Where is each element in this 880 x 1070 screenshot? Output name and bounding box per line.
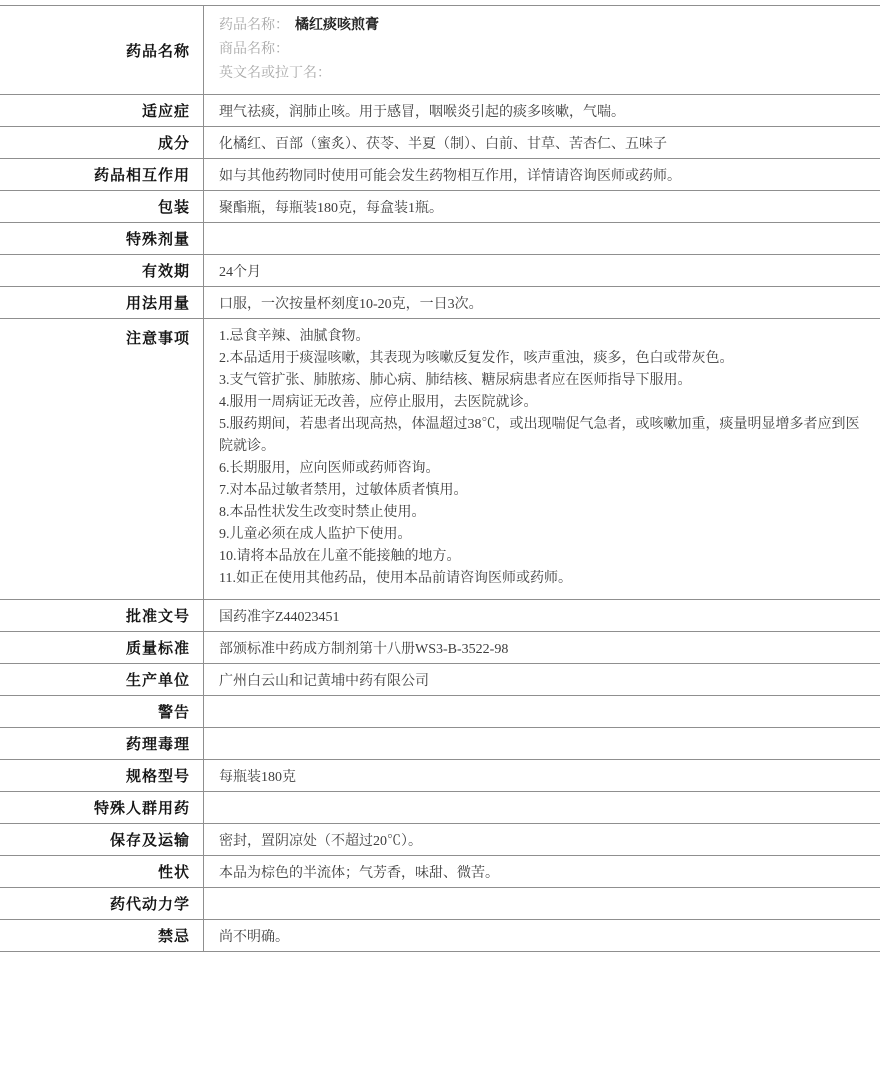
row-label-text: 批准文号 [126, 605, 190, 626]
table-row-ingredients: 成分 化橘红、百部（蜜炙）、茯苓、半夏（制）、白前、甘草、苦杏仁、五味子 [0, 127, 880, 159]
row-label: 药代动力学 [0, 888, 203, 919]
row-value: 化橘红、百部（蜜炙）、茯苓、半夏（制）、白前、甘草、苦杏仁、五味子 [203, 127, 880, 158]
row-value-text: 广州白云山和记黄埔中药有限公司 [219, 670, 870, 690]
row-value-text: 密封，置阴凉处（不超过20℃）。 [219, 830, 870, 850]
row-value: 国药准字Z44023451 [203, 600, 880, 631]
table-row-interactions: 药品相互作用 如与其他药物同时使用可能会发生药物相互作用，详情请咨询医师或药师。 [0, 159, 880, 191]
precaution-item: 8.本品性状发生改变时禁止使用。 [219, 502, 870, 524]
table-row-contraindications: 禁忌 尚不明确。 [0, 920, 880, 952]
row-value-text: 化橘红、百部（蜜炙）、茯苓、半夏（制）、白前、甘草、苦杏仁、五味子 [219, 133, 870, 153]
row-label: 药品名称 [0, 6, 203, 94]
precaution-item: 5.服药期间，若患者出现高热，体温超过38℃，或出现喘促气急者，或咳嗽加重，痰量… [219, 414, 870, 458]
row-value: 药品名称：橘红痰咳煎膏 商品名称： 英文名或拉丁名： [203, 6, 880, 94]
row-value: 聚酯瓶，每瓶装180克，每盒装1瓶。 [203, 191, 880, 222]
table-row-drug-name: 药品名称 药品名称：橘红痰咳煎膏 商品名称： 英文名或拉丁名： [0, 6, 880, 95]
row-label-text: 有效期 [142, 260, 190, 281]
row-label: 用法用量 [0, 287, 203, 318]
table-row-specification: 规格型号 每瓶装180克 [0, 760, 880, 792]
row-label-text: 成分 [158, 132, 190, 153]
row-value-text: 如与其他药物同时使用可能会发生药物相互作用，详情请咨询医师或药师。 [219, 165, 870, 185]
precaution-item: 9.儿童必须在成人监护下使用。 [219, 524, 870, 546]
row-value: 广州白云山和记黄埔中药有限公司 [203, 664, 880, 695]
row-label-text: 适应症 [142, 100, 190, 121]
row-value: 24个月 [203, 255, 880, 286]
field-line-english-name: 英文名或拉丁名： [219, 62, 870, 86]
row-label: 特殊人群用药 [0, 792, 203, 823]
row-label: 禁忌 [0, 920, 203, 951]
row-label: 性状 [0, 856, 203, 887]
row-label: 生产单位 [0, 664, 203, 695]
row-value: 每瓶装180克 [203, 760, 880, 791]
row-label: 药品相互作用 [0, 159, 203, 190]
row-value [203, 728, 880, 759]
table-row-warning: 警告 [0, 696, 880, 728]
row-value-text: 尚不明确。 [219, 926, 870, 946]
row-label-text: 特殊人群用药 [94, 797, 190, 818]
row-value [203, 888, 880, 919]
precaution-item: 10.请将本品放在儿童不能接触的地方。 [219, 546, 870, 568]
table-row-quality-standard: 质量标准 部颁标准中药成方制剂第十八册WS3-B-3522-98 [0, 632, 880, 664]
field-key: 药品名称： [219, 18, 289, 33]
row-label-text: 药代动力学 [110, 893, 190, 914]
precaution-item: 1.忌食辛辣、油腻食物。 [219, 326, 870, 348]
row-value-text: 口服，一次按量杯刻度10-20克，一日3次。 [219, 293, 870, 313]
table-row-special-populations: 特殊人群用药 [0, 792, 880, 824]
precaution-item: 3.支气管扩张、肺脓疡、肺心病、肺结核、糖尿病患者应在医师指导下服用。 [219, 370, 870, 392]
precaution-item: 11.如正在使用其他药品，使用本品前请咨询医师或药师。 [219, 568, 870, 590]
row-value-text: 国药准字Z44023451 [219, 606, 870, 626]
field-key: 英文名或拉丁名： [219, 66, 331, 81]
row-value: 尚不明确。 [203, 920, 880, 951]
table-row-special-dosage: 特殊剂量 [0, 223, 880, 255]
precaution-item: 4.服用一周病证无改善，应停止服用，去医院就诊。 [219, 392, 870, 414]
row-label-text: 保存及运输 [110, 829, 190, 850]
row-label: 包装 [0, 191, 203, 222]
row-label: 批准文号 [0, 600, 203, 631]
field-key: 商品名称： [219, 42, 289, 57]
table-row-dosage: 用法用量 口服，一次按量杯刻度10-20克，一日3次。 [0, 287, 880, 319]
row-value [203, 696, 880, 727]
row-value: 密封，置阴凉处（不超过20℃）。 [203, 824, 880, 855]
table-row-description: 性状 本品为棕色的半流体；气芳香，味甜、微苦。 [0, 856, 880, 888]
row-label-text: 药理毒理 [126, 733, 190, 754]
row-value [203, 223, 880, 254]
row-label-text: 禁忌 [158, 925, 190, 946]
table-row-approval-number: 批准文号 国药准字Z44023451 [0, 600, 880, 632]
row-label-text: 生产单位 [126, 669, 190, 690]
row-value: 如与其他药物同时使用可能会发生药物相互作用，详情请咨询医师或药师。 [203, 159, 880, 190]
row-label: 注意事项 [0, 319, 203, 599]
field-value: 橘红痰咳煎膏 [295, 18, 379, 33]
row-label: 药理毒理 [0, 728, 203, 759]
row-label: 质量标准 [0, 632, 203, 663]
row-label-text: 规格型号 [126, 765, 190, 786]
row-value-text: 24个月 [219, 261, 870, 281]
row-label: 有效期 [0, 255, 203, 286]
row-value: 口服，一次按量杯刻度10-20克，一日3次。 [203, 287, 880, 318]
row-label-text: 药品相互作用 [94, 164, 190, 185]
row-value [203, 792, 880, 823]
drug-info-table: 药品名称 药品名称：橘红痰咳煎膏 商品名称： 英文名或拉丁名： 适应症 理气祛痰… [0, 5, 880, 952]
table-row-indications: 适应症 理气祛痰，润肺止咳。用于感冒，咽喉炎引起的痰多咳嗽，气喘。 [0, 95, 880, 127]
row-value: 本品为棕色的半流体；气芳香，味甜、微苦。 [203, 856, 880, 887]
row-label-text: 质量标准 [126, 637, 190, 658]
table-row-pharmacology: 药理毒理 [0, 728, 880, 760]
table-row-packaging: 包装 聚酯瓶，每瓶装180克，每盒装1瓶。 [0, 191, 880, 223]
row-label: 适应症 [0, 95, 203, 126]
row-label-text: 注意事项 [126, 327, 190, 348]
row-value-text: 理气祛痰，润肺止咳。用于感冒，咽喉炎引起的痰多咳嗽，气喘。 [219, 101, 870, 121]
row-label: 成分 [0, 127, 203, 158]
precaution-item: 7.对本品过敏者禁用，过敏体质者慎用。 [219, 480, 870, 502]
field-line-trade-name: 商品名称： [219, 38, 870, 62]
row-label: 警告 [0, 696, 203, 727]
table-row-pharmacokinetics: 药代动力学 [0, 888, 880, 920]
row-label-text: 药品名称 [126, 40, 190, 61]
row-label: 特殊剂量 [0, 223, 203, 254]
precaution-item: 2.本品适用于痰湿咳嗽，其表现为咳嗽反复发作，咳声重浊，痰多，色白或带灰色。 [219, 348, 870, 370]
row-label-text: 包装 [158, 196, 190, 217]
row-value: 1.忌食辛辣、油腻食物。 2.本品适用于痰湿咳嗽，其表现为咳嗽反复发作，咳声重浊… [203, 319, 880, 599]
row-value-text: 本品为棕色的半流体；气芳香，味甜、微苦。 [219, 862, 870, 882]
table-row-manufacturer: 生产单位 广州白云山和记黄埔中药有限公司 [0, 664, 880, 696]
row-label: 保存及运输 [0, 824, 203, 855]
precaution-item: 6.长期服用，应向医师或药师咨询。 [219, 458, 870, 480]
table-row-precautions: 注意事项 1.忌食辛辣、油腻食物。 2.本品适用于痰湿咳嗽，其表现为咳嗽反复发作… [0, 319, 880, 600]
field-line-drug-name: 药品名称：橘红痰咳煎膏 [219, 14, 870, 38]
row-value-text: 部颁标准中药成方制剂第十八册WS3-B-3522-98 [219, 638, 870, 658]
table-row-shelf-life: 有效期 24个月 [0, 255, 880, 287]
row-value-text: 每瓶装180克 [219, 766, 870, 786]
row-label-text: 性状 [158, 861, 190, 882]
row-value: 部颁标准中药成方制剂第十八册WS3-B-3522-98 [203, 632, 880, 663]
row-label-text: 用法用量 [126, 292, 190, 313]
row-label: 规格型号 [0, 760, 203, 791]
row-label-text: 警告 [158, 701, 190, 722]
row-label-text: 特殊剂量 [126, 228, 190, 249]
table-row-storage: 保存及运输 密封，置阴凉处（不超过20℃）。 [0, 824, 880, 856]
row-value: 理气祛痰，润肺止咳。用于感冒，咽喉炎引起的痰多咳嗽，气喘。 [203, 95, 880, 126]
row-value-text: 聚酯瓶，每瓶装180克，每盒装1瓶。 [219, 197, 870, 217]
